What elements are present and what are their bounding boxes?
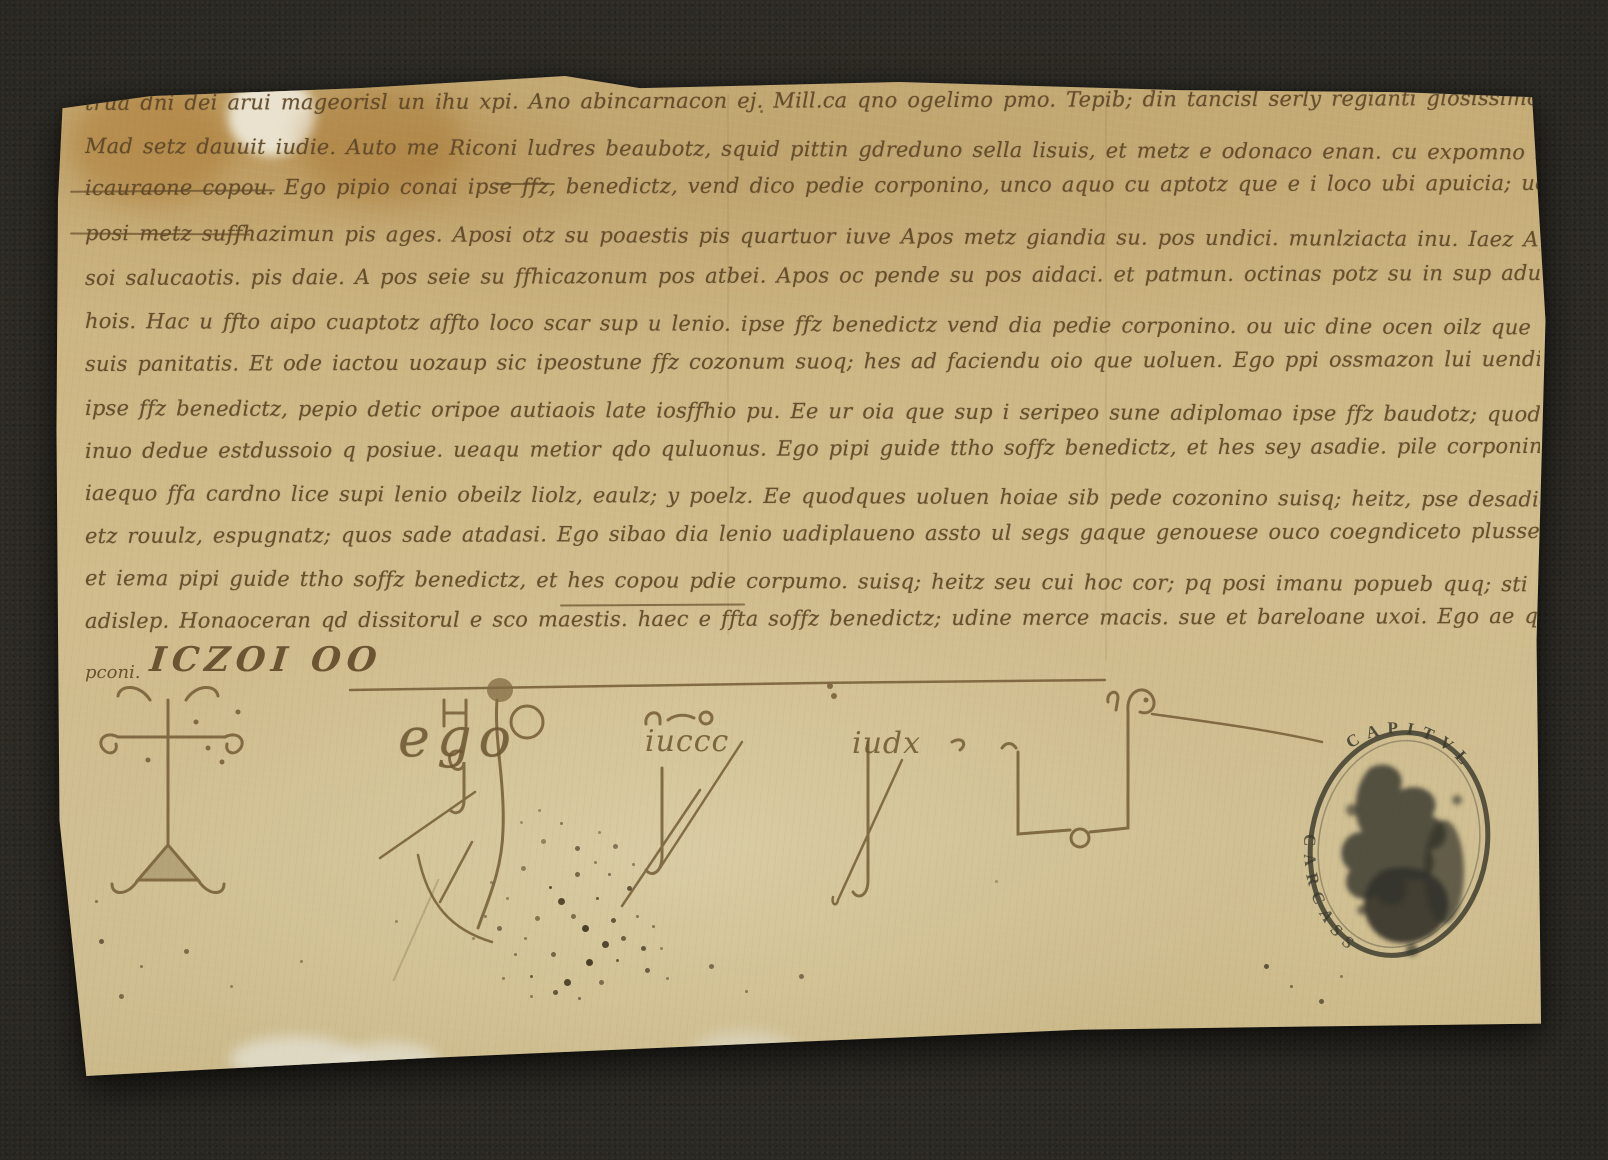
ego-signature-word: ego <box>398 706 518 769</box>
manuscript-line: soi salucaotis. pis daie. A pos seie su … <box>85 261 1540 290</box>
manuscript-line: trua dni dei arui mageorisl un ihu xpi. … <box>85 86 1540 115</box>
notarial-sign-label: iuccc <box>645 724 729 759</box>
stain-pale-bottom-1 <box>230 1036 360 1082</box>
photo-mat-background: trua dni dei arui mageorisl un ihu xpi. … <box>0 0 1608 1160</box>
parchment-document: trua dni dei arui mageorisl un ihu xpi. … <box>55 74 1547 1080</box>
manuscript-line: hois. Hac u ffto aipo cuaptotz affto loc… <box>85 309 1540 339</box>
manuscript-line: etz rouulz, espugnatz; quos sade atadasi… <box>85 519 1540 548</box>
hairline-scratch <box>392 878 439 981</box>
manuscript-line: iaequo ffa cardno lice supi lenio obeilz… <box>85 481 1540 511</box>
manuscript-line: ipse ffz benedictz, pepio detic oripoe a… <box>85 396 1540 426</box>
manuscript-line: suis panitatis. Et ode iactou uozaup sic… <box>85 347 1540 376</box>
speckle-scattered <box>55 74 58 77</box>
manuscript-line: pconi. <box>85 662 141 683</box>
parchment-shadow-wrap: trua dni dei arui mageorisl un ihu xpi. … <box>0 0 1608 1160</box>
stamp-figure <box>1341 765 1464 956</box>
stain-pale-bottom-3 <box>690 1032 800 1078</box>
stain-pale-bottom-2 <box>340 1042 440 1084</box>
archive-stamp: CAPITVL CARCASS <box>1292 720 1507 968</box>
manuscript-line: et iema pipi guide ttho soffz benedictz,… <box>85 566 1540 596</box>
ink-underline <box>495 183 555 185</box>
notarial-sign-label: iudx <box>852 726 921 761</box>
manuscript-line: adislep. Honaoceran qd dissitorul e sco … <box>85 604 1540 633</box>
manuscript-line: posi metz suffhazimun pis ages. Aposi ot… <box>85 221 1540 251</box>
dating-flourish: ICZOI OO <box>148 640 385 680</box>
manuscript-line: inuo dedue estdussoio q posiue. ueaqu me… <box>85 434 1540 463</box>
speckle-cluster <box>55 74 58 77</box>
manuscript-line: Mad setz dauuit iudie. Auto me Riconi lu… <box>85 134 1540 164</box>
manuscript-line: icauraone copou. Ego pipio conai ipse ff… <box>85 171 1540 200</box>
